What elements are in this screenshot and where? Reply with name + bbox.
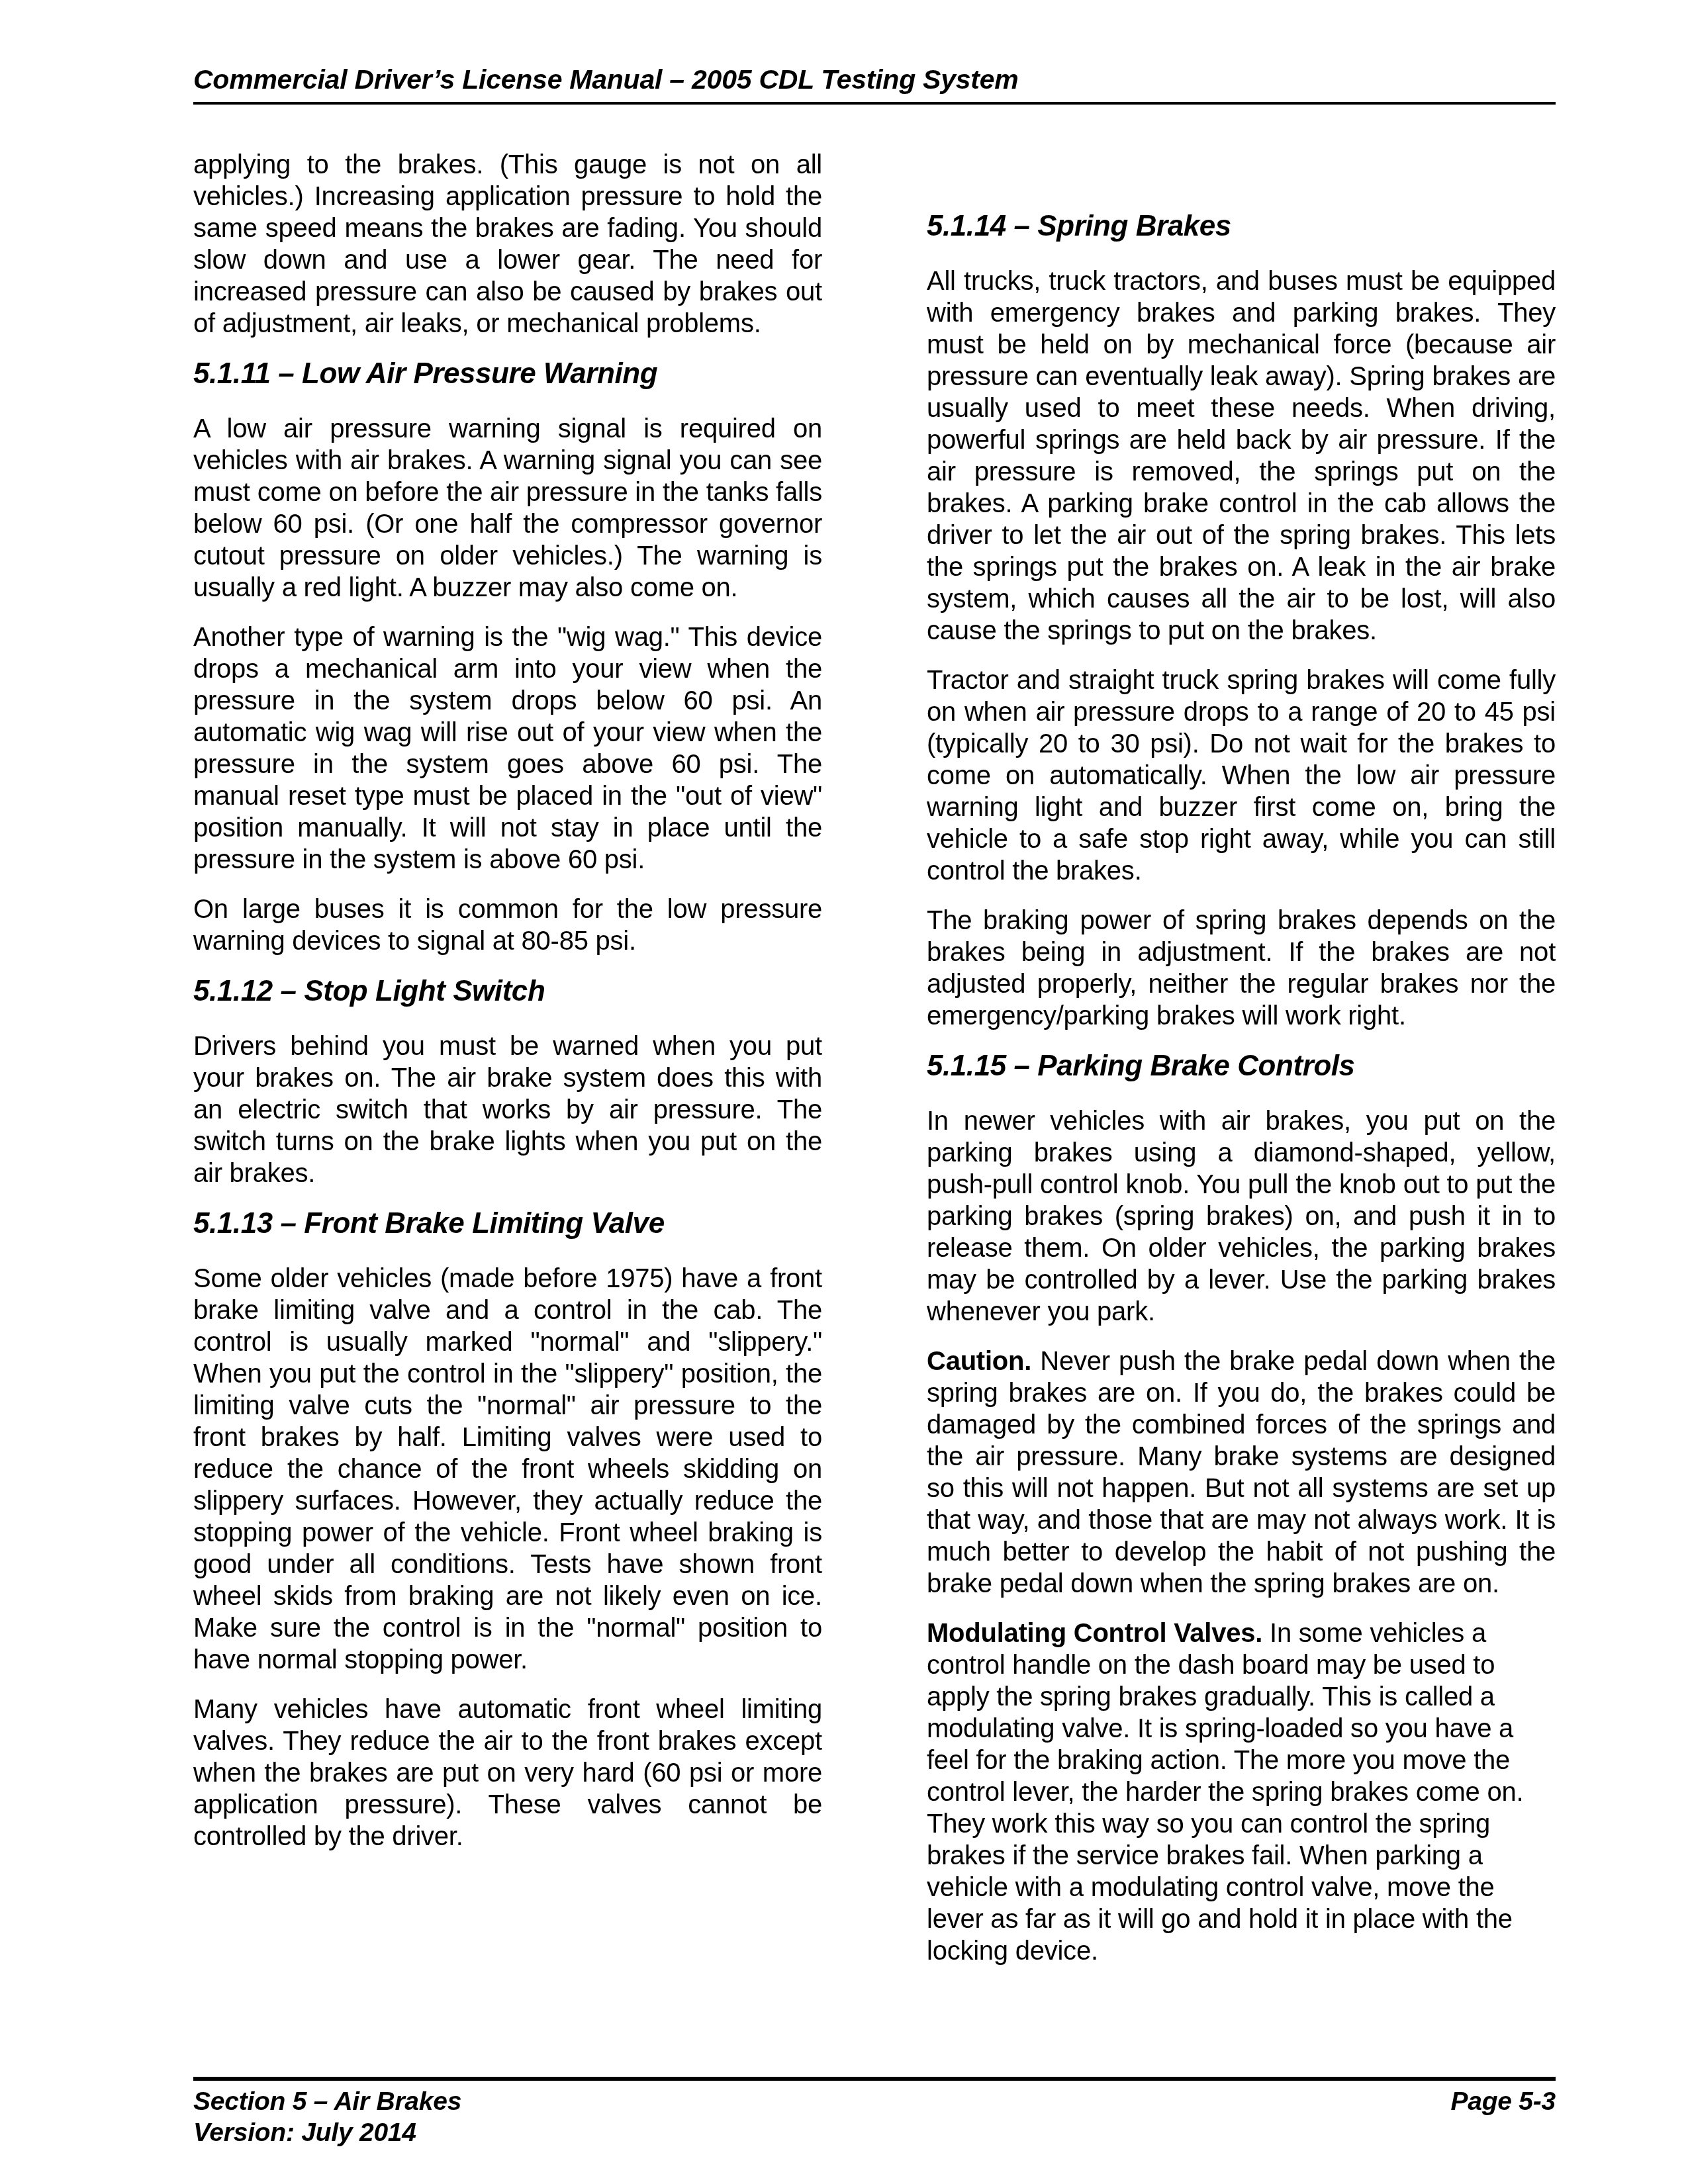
body-paragraph: Modulating Control Valves. In some vehic… xyxy=(927,1617,1556,1967)
left-column: applying to the brakes. (This gauge is n… xyxy=(193,149,822,1985)
right-column: 5.1.14 – Spring BrakesAll trucks, truck … xyxy=(927,149,1556,1985)
body-paragraph: A low air pressure warning signal is req… xyxy=(193,413,822,604)
paragraph-lead-bold: Modulating Control Valves. xyxy=(927,1619,1262,1648)
section-heading: 5.1.11 – Low Air Pressure Warning xyxy=(193,357,822,390)
section-heading: 5.1.12 – Stop Light Switch xyxy=(193,975,822,1008)
footer-page-label: Page 5-3 xyxy=(1451,2087,1556,2116)
section-heading: 5.1.13 – Front Brake Limiting Valve xyxy=(193,1207,822,1240)
footer-page-number: Page 5-3 xyxy=(1451,2086,1556,2117)
body-paragraph: All trucks, truck tractors, and buses mu… xyxy=(927,265,1556,647)
footer-section-label: Section 5 – Air Brakes xyxy=(193,2086,461,2117)
page-header-title: Commercial Driver’s License Manual – 200… xyxy=(193,64,1556,95)
footer-row: Section 5 – Air Brakes Version: July 201… xyxy=(193,2086,1556,2148)
manual-page: Commercial Driver’s License Manual – 200… xyxy=(0,0,1688,2184)
body-paragraph: Some older vehicles (made before 1975) h… xyxy=(193,1263,822,1676)
section-heading: 5.1.15 – Parking Brake Controls xyxy=(927,1050,1556,1083)
page-footer: Section 5 – Air Brakes Version: July 201… xyxy=(193,2077,1556,2148)
content-columns: applying to the brakes. (This gauge is n… xyxy=(193,149,1556,1985)
paragraph-lead-bold: Caution. xyxy=(927,1347,1031,1376)
body-paragraph: Caution. Never push the brake pedal down… xyxy=(927,1345,1556,1600)
body-paragraph: Many vehicles have automatic front wheel… xyxy=(193,1694,822,1852)
footer-version-label: Version: July 2014 xyxy=(193,2117,461,2148)
section-heading: 5.1.14 – Spring Brakes xyxy=(927,210,1556,243)
body-paragraph: Tractor and straight truck spring brakes… xyxy=(927,664,1556,887)
footer-left-block: Section 5 – Air Brakes Version: July 201… xyxy=(193,2086,461,2148)
body-paragraph: On large buses it is common for the low … xyxy=(193,893,822,957)
body-paragraph: In newer vehicles with air brakes, you p… xyxy=(927,1105,1556,1328)
body-paragraph: Another type of warning is the "wig wag.… xyxy=(193,621,822,876)
body-paragraph: Drivers behind you must be warned when y… xyxy=(193,1030,822,1189)
header-rule xyxy=(193,102,1556,105)
body-paragraph: applying to the brakes. (This gauge is n… xyxy=(193,149,822,340)
footer-rule xyxy=(193,2077,1556,2081)
body-paragraph: The braking power of spring brakes depen… xyxy=(927,905,1556,1032)
page-header: Commercial Driver’s License Manual – 200… xyxy=(193,64,1556,105)
